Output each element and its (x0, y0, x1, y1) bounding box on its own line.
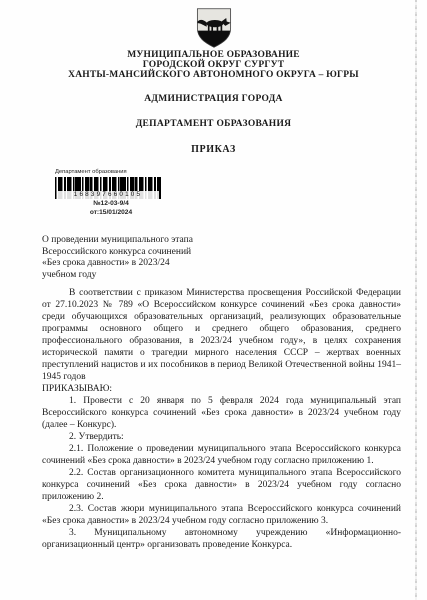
subject-line: учебном году (42, 270, 262, 282)
subject-line: Всероссийского конкурса сочинений (42, 247, 262, 259)
municipality-header: МУНИЦИПАЛЬНОЕ ОБРАЗОВАНИЕ ГОРОДСКОЙ ОКРУ… (0, 50, 427, 80)
document-type-title: ПРИКАЗ (0, 144, 427, 155)
subject-line: О проведении муниципального этапа (42, 235, 262, 247)
order-verb: ПРИКАЗЫВАЮ: (42, 383, 401, 395)
department-title: ДЕПАРТАМЕНТ ОБРАЗОВАНИЯ (0, 119, 427, 129)
stamp-label: Департамент образования (55, 169, 167, 176)
subject-block: О проведении муниципального этапа Всерос… (42, 235, 262, 281)
scanned-order-document: МУНИЦИПАЛЬНОЕ ОБРАЗОВАНИЕ ГОРОДСКОЙ ОКРУ… (0, 0, 427, 600)
order-item-3: 3. Муниципальному автономному учреждению… (42, 527, 401, 551)
subject-line: «Без срока давности» в 2023/24 (42, 258, 262, 270)
order-item-2-3: 2.3. Состав жюри муниципального этапа Вс… (42, 503, 401, 527)
intro-paragraph: В соответствии с приказом Министерства п… (42, 287, 401, 383)
order-item-2-1: 2.1. Положение о проведении муниципально… (42, 443, 401, 467)
order-item-2: 2. Утвердить: (42, 431, 401, 443)
municipality-line: МУНИЦИПАЛЬНОЕ ОБРАЗОВАНИЕ (0, 50, 427, 60)
barcode-digits: 168397660105 (57, 191, 159, 199)
municipality-line: ХАНТЫ-МАНСИЙСКОГО АВТОНОМНОГО ОКРУГА – Ю… (0, 70, 427, 80)
scan-edge-artifact (415, 0, 417, 600)
document-number: №12-03-9/4 (55, 200, 167, 208)
order-body: В соответствии с приказом Министерства п… (42, 287, 401, 551)
order-item-1: 1. Провести с 20 января по 5 февраля 202… (42, 395, 401, 431)
registration-stamp: Департамент образования 168397660105 №12… (55, 169, 167, 217)
order-item-2-2: 2.2. Состав организационного комитета му… (42, 467, 401, 503)
municipality-line: ГОРОДСКОЙ ОКРУГ СУРГУТ (0, 60, 427, 70)
surgut-coat-of-arms-icon (0, 7, 427, 54)
shield-fox-icon (192, 7, 236, 49)
administration-title: АДМИНИСТРАЦИЯ ГОРОДА (0, 94, 427, 104)
document-date: от:15/01/2024 (55, 209, 167, 217)
barcode: 168397660105 (55, 177, 161, 199)
